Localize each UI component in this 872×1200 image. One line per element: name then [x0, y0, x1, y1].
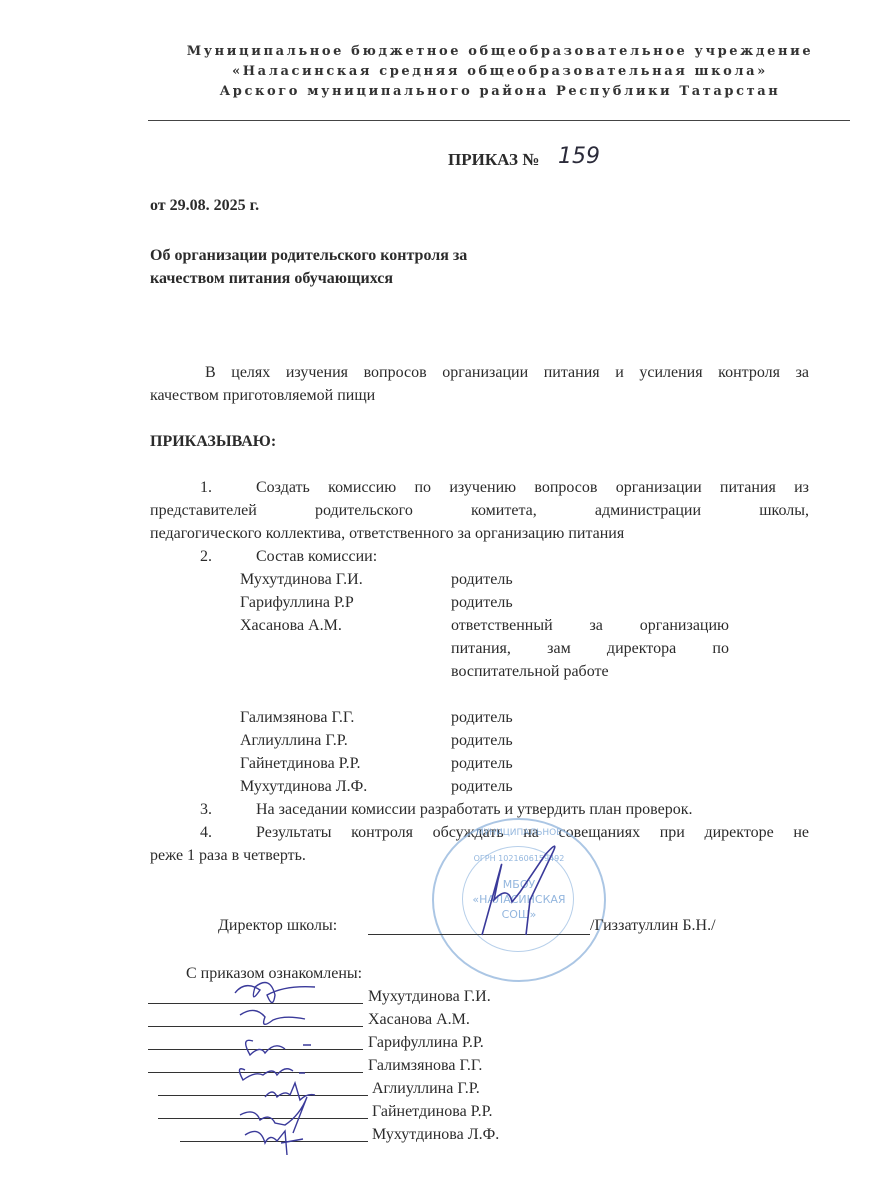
- preamble-line2: качеством приготовляемой пищи: [150, 387, 375, 405]
- institution-name-line3: Арского муниципального района Республики…: [150, 84, 850, 99]
- ack-name: Гарифуллина Р.Р.: [368, 1034, 484, 1052]
- order-subject-line2: качеством питания обучающихся: [150, 270, 393, 288]
- ack-name: Хасанова А.М.: [368, 1011, 470, 1029]
- institution-name-line1: Муниципальное бюджетное общеобразователь…: [150, 44, 850, 59]
- commission-member-name: Галимзянова Г.Г.: [240, 709, 354, 727]
- institution-name-line2: «Наласинская средняя общеобразовательная…: [150, 64, 850, 79]
- acknowledgement-signatures: [215, 975, 375, 1165]
- item-4-number: 4.: [200, 824, 212, 842]
- item-1-line3: педагогического коллектива, ответственно…: [150, 525, 624, 543]
- commission-member-name: Гайнетдинова Р.Р.: [240, 755, 360, 773]
- ack-name: Мухутдинова Г.И.: [368, 988, 491, 1006]
- item-3-text: На заседании комиссии разработать и утве…: [256, 801, 693, 819]
- director-name: /Гиззатуллин Б.Н./: [590, 917, 716, 935]
- item-1-line1: Создать комиссию по изучению вопросов ор…: [256, 479, 809, 497]
- commission-member-name: Хасанова А.М.: [240, 617, 342, 635]
- commission-member-name: Мухутдинова Л.Ф.: [240, 778, 367, 796]
- ack-name: Аглиуллина Г.Р.: [372, 1080, 480, 1098]
- commission-member-role-cont: питания, зам директора по: [451, 640, 729, 658]
- commission-member-name: Гарифуллина Р.Р: [240, 594, 354, 612]
- director-label: Директор школы:: [218, 917, 337, 935]
- commission-member-role: родитель: [451, 755, 513, 773]
- commission-member-name: Мухутдинова Г.И.: [240, 571, 363, 589]
- ack-name: Мухутдинова Л.Ф.: [372, 1126, 499, 1144]
- item-1-line2: представителей родительского комитета, а…: [150, 502, 809, 520]
- order-subject-line1: Об организации родительского контроля за: [150, 247, 467, 265]
- commission-member-role: родитель: [451, 571, 513, 589]
- commission-member-role-cont: воспитательной работе: [451, 663, 609, 681]
- header-divider: [148, 120, 850, 121]
- directive: ПРИКАЗЫВАЮ:: [150, 433, 276, 451]
- order-title: ПРИКАЗ №: [448, 150, 539, 170]
- commission-member-role: родитель: [451, 594, 513, 612]
- item-2-number: 2.: [200, 548, 212, 566]
- commission-member-role: родитель: [451, 709, 513, 727]
- item-1-number: 1.: [200, 479, 212, 497]
- preamble-line1: В целях изучения вопросов организации пи…: [205, 364, 809, 382]
- commission-member-name: Аглиуллина Г.Р.: [240, 732, 348, 750]
- commission-member-role: родитель: [451, 732, 513, 750]
- ack-name: Галимзянова Г.Г.: [368, 1057, 482, 1075]
- commission-member-role: ответственный за организацию: [451, 617, 729, 635]
- item-4-line2: реже 1 раза в четверть.: [150, 847, 306, 865]
- item-3-number: 3.: [200, 801, 212, 819]
- ack-name: Гайнетдинова Р.Р.: [372, 1103, 492, 1121]
- item-2-text: Состав комиссии:: [256, 548, 377, 566]
- order-number: 159: [558, 144, 600, 169]
- director-signature: [460, 830, 590, 940]
- order-date: от 29.08. 2025 г.: [150, 197, 259, 215]
- commission-member-role: родитель: [451, 778, 513, 796]
